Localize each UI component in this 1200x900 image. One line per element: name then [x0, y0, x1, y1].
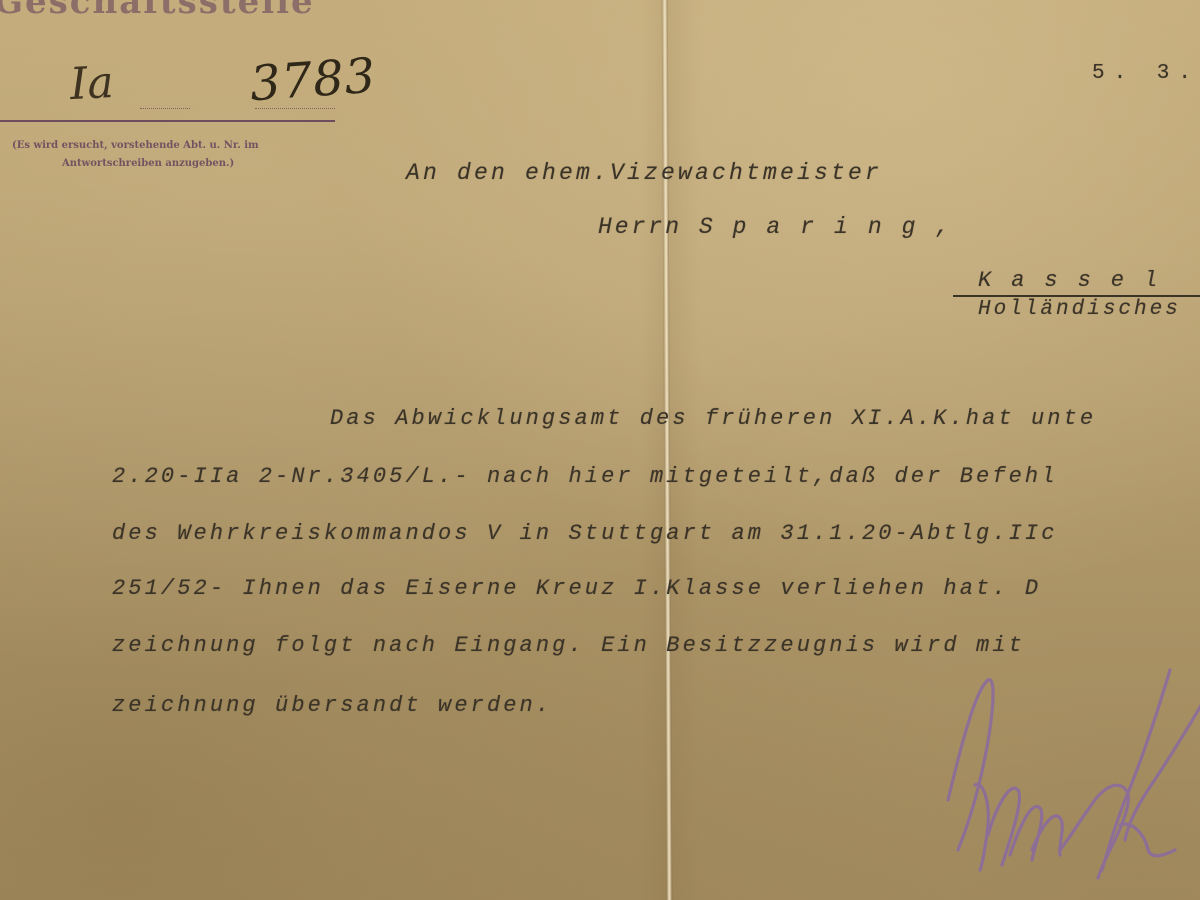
body-line-1: Das Abwicklungsamt des früheren XI.A.K.h…: [330, 406, 1096, 431]
letter-date: 5. 3. 2: [1092, 62, 1200, 85]
letterhead-stamp: Geschäftsstelle: [0, 0, 315, 22]
reference-number-handwritten: 3783: [248, 48, 378, 113]
body-line-3: des Wehrkreiskommandos V in Stuttgart am…: [112, 521, 1058, 546]
body-line-5: zeichnung folgt nach Eingang. Ein Besitz…: [112, 633, 1025, 658]
reference-dotted-line: [140, 108, 190, 109]
stamp-note-line-2: Antwortschreiben anzugeben.): [62, 158, 234, 169]
recipient-city: Kassel: [978, 268, 1177, 293]
stamp-note-line-1: (Es wird ersucht, vorstehende Abt. u. Nr…: [12, 140, 259, 151]
handwritten-signature-icon: [920, 650, 1200, 880]
reference-prefix-handwritten: Ia: [69, 57, 115, 110]
reference-underline: [0, 120, 335, 122]
recipient-salutation: Herrn: [598, 214, 682, 240]
body-line-4: 251/52- Ihnen das Eiserne Kreuz I.Klasse…: [112, 576, 1041, 601]
recipient-title: An den ehem.Vizewachtmeister: [406, 160, 882, 186]
body-line-2: 2.20-IIa 2-Nr.3405/L.- nach hier mitgete…: [112, 464, 1058, 489]
recipient-street: Holländisches: [978, 298, 1181, 321]
body-line-6: zeichnung übersandt werden.: [112, 693, 552, 718]
recipient-name: Sparing,: [699, 214, 969, 240]
city-underline: [953, 295, 1200, 297]
recipient-name-line: Herrn Sparing,: [598, 214, 969, 240]
